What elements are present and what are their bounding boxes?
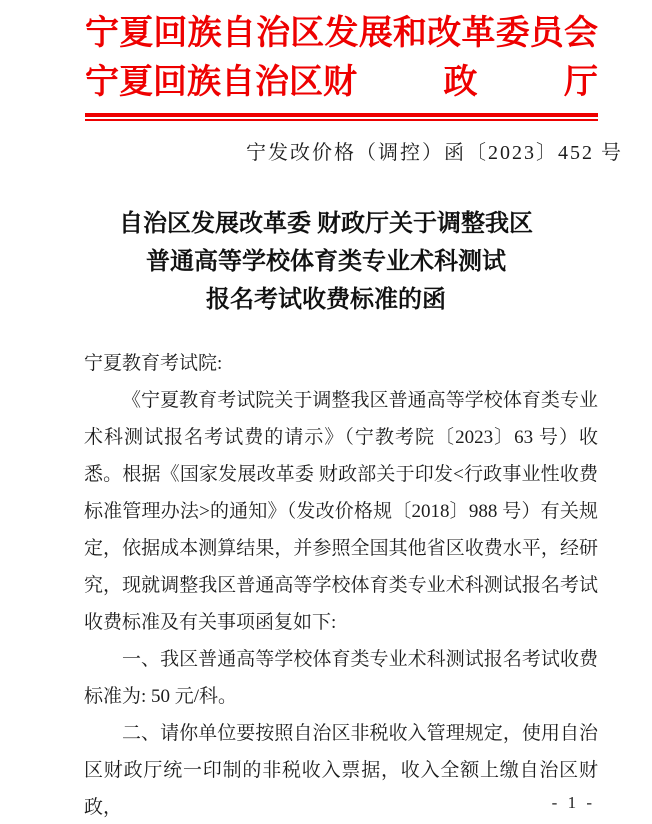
document-title-line3: 报名考试收费标准的函: [70, 281, 582, 319]
letterhead: 宁夏回族自治区发展和改革委员会 宁夏回族自治区财 政 厅: [85, 10, 598, 121]
document-reference-number: 宁发改价格（调控）函〔2023〕452 号: [246, 136, 623, 165]
document-title: 自治区发展改革委 财政厅关于调整我区 普通高等学校体育类专业术科测试 报名考试收…: [70, 205, 582, 319]
document-page: 宁夏回族自治区发展和改革委员会 宁夏回族自治区财 政 厅 宁发改价格（调控）函〔…: [0, 0, 652, 824]
body-paragraph-1: 《宁夏教育考试院关于调整我区普通高等学校体育类专业术科测试报名考试费的请示》（宁…: [84, 382, 598, 641]
letterhead-divider-thin-line: [85, 119, 598, 121]
agency-name-line2-part3: 厅: [564, 58, 598, 108]
agency-name-line2: 宁夏回族自治区财 政 厅: [85, 58, 598, 108]
body-paragraph-3: 二、请你单位要按照自治区非税收入管理规定，使用自治区财政厅统一印制的非税收入票据…: [84, 715, 598, 824]
document-body: 宁夏教育考试院: 《宁夏教育考试院关于调整我区普通高等学校体育类专业术科测试报名…: [84, 345, 598, 824]
letterhead-divider-thick-line: [85, 113, 598, 117]
agency-name-line1: 宁夏回族自治区发展和改革委员会: [85, 10, 598, 58]
document-title-line2: 普通高等学校体育类专业术科测试: [70, 243, 582, 281]
page-number: - 1 -: [552, 793, 595, 813]
agency-name-line2-part1: 宁夏回族自治区财: [85, 58, 357, 108]
letterhead-divider: [85, 113, 598, 121]
document-title-line1: 自治区发展改革委 财政厅关于调整我区: [70, 205, 582, 243]
body-paragraph-2: 一、我区普通高等学校体育类专业术科测试报名考试收费标准为: 50 元/科。: [84, 641, 598, 715]
agency-name-line2-part2: 政: [444, 58, 478, 108]
salutation: 宁夏教育考试院:: [84, 345, 598, 382]
